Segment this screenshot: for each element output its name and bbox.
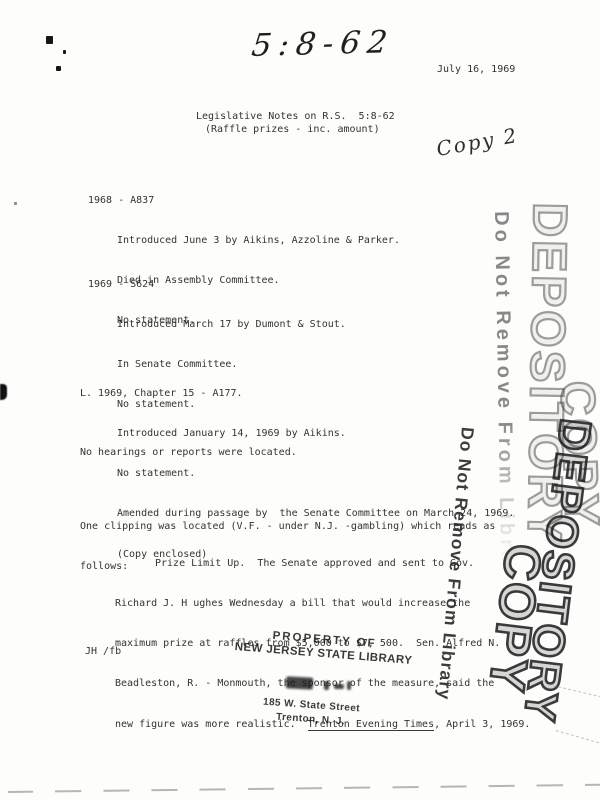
- entry-heading: 1969 - S624: [88, 278, 346, 291]
- smudge-mark: [324, 681, 329, 690]
- entry-line: Introduced March 17 by Dumont & Stout.: [117, 318, 346, 331]
- bottom-scan-line: [8, 784, 600, 793]
- scan-speck: [56, 66, 61, 71]
- handwritten-copy-annotation: Copy 2: [435, 123, 520, 161]
- entry-line: Introduced June 3 by Aikins, Azzoline & …: [117, 234, 400, 247]
- scan-speck: [14, 202, 17, 205]
- document-page: 5:8-62 July 16, 1969 Legislative Notes o…: [0, 0, 600, 800]
- clipping-line: Prize Limit Up. The Senate approved and …: [115, 557, 535, 570]
- doc-title-line2: (Raffle prizes - inc. amount): [205, 123, 380, 136]
- scan-mark-left-edge: [0, 384, 7, 400]
- entry-line: Introduced January 14, 1969 by Aikins.: [117, 427, 514, 440]
- smudged-date-stamp: [286, 676, 314, 689]
- clipping-line: Richard J. H ughes Wednesday a bill that…: [115, 597, 535, 610]
- typist-initials: JH /fb: [85, 645, 121, 658]
- doc-title-line1: Legislative Notes on R.S. 5:8-62: [196, 110, 395, 123]
- hearings-note: No hearings or reports were located.: [80, 446, 297, 459]
- scan-speck: [63, 50, 66, 54]
- diagonal-scratch: [556, 730, 600, 745]
- smudge-mark: [347, 681, 351, 690]
- clipping-line5-post: , April 3, 1969.: [434, 719, 530, 730]
- entry-heading: 1968 - A837: [88, 194, 400, 207]
- scan-speck: [46, 36, 53, 44]
- entry-heading: L. 1969, Chapter 15 - A177.: [80, 387, 514, 400]
- date-line: July 16, 1969: [437, 63, 515, 76]
- handwritten-statute-number: 5:8-62: [250, 24, 396, 64]
- smudge-mark: [334, 684, 344, 689]
